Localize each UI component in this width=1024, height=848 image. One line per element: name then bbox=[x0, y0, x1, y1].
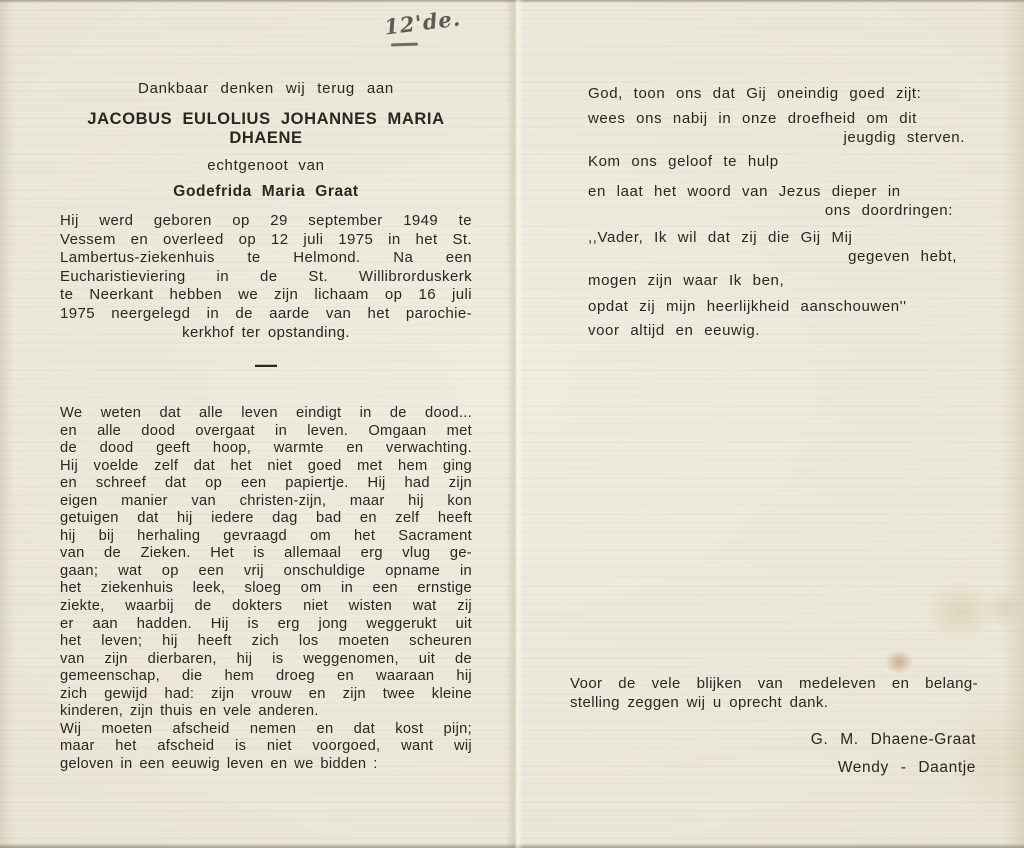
signature-block: G. M. Dhaene-Graat Wendy - Daantje bbox=[588, 726, 980, 782]
memorial-line: maar het afscheid is niet voorgoed, want… bbox=[60, 738, 472, 756]
prayer-text: God, toon ons dat Gij oneindig goed zijt… bbox=[588, 84, 980, 340]
memorial-line: en schreef dat op een papiertje. Hij had… bbox=[60, 475, 472, 493]
deceased-name-line1: JACOBUS EULOLIUS JOHANNES MARIA bbox=[60, 110, 472, 129]
signature-family: G. M. Dhaene-Graat bbox=[588, 726, 976, 754]
prayer-line: jeugdig sterven. bbox=[588, 128, 980, 147]
prayer-line: ons doordringen: bbox=[588, 201, 980, 220]
memorial-line: getuigen dat hij iedere dag bad en zelf … bbox=[60, 510, 472, 528]
prayer-line: gegeven hebt, bbox=[588, 247, 980, 266]
prayer-line: opdat zij mijn heerlijkheid aanschouwen'… bbox=[588, 297, 980, 316]
deceased-name-line2: DHAENE bbox=[60, 129, 472, 148]
scan-edge-left bbox=[0, 0, 14, 848]
memorial-line: van de Zieken. Het is allemaal erg vlug … bbox=[60, 545, 472, 563]
prayer-line: wees ons nabij in onze droefheid om dit bbox=[588, 109, 980, 128]
biography-line: Vessem en overleed op 12 juli 1975 in he… bbox=[60, 231, 472, 250]
memorial-line: kinderen, zijn thuis en vele anderen. bbox=[60, 703, 472, 721]
memorial-paragraph: We weten dat alle leven eindigt in de do… bbox=[60, 405, 472, 773]
biography-line: Hij werd geboren op 29 september 1949 te bbox=[60, 212, 472, 231]
thanks-line: stelling zeggen wij u oprecht dank. bbox=[570, 693, 978, 712]
right-page: God, toon ons dat Gij oneindig goed zijt… bbox=[588, 0, 980, 848]
biography-paragraph: Hij werd geboren op 29 september 1949 te… bbox=[60, 212, 472, 342]
prayer-line: voor altijd en eeuwig. bbox=[588, 321, 980, 340]
thanks-line: Voor de vele blijken van medeleven en be… bbox=[570, 674, 978, 693]
memorial-line: Wij moeten afscheid nemen en dat kost pi… bbox=[60, 721, 472, 739]
signature-children: Wendy - Daantje bbox=[588, 754, 976, 782]
biography-line: 1975 neergelegd in de aarde van het paro… bbox=[60, 305, 472, 324]
memorial-line: en alle dood overgaat in leven. Omgaan m… bbox=[60, 423, 472, 441]
spouse-name: Godefrida Maria Graat bbox=[60, 183, 472, 201]
memorial-line: ziekte, waarbij de dokters niet wisten w… bbox=[60, 598, 472, 616]
biography-line: kerkhof ter opstanding. bbox=[60, 324, 472, 343]
deceased-name: JACOBUS EULOLIUS JOHANNES MARIA DHAENE bbox=[60, 110, 472, 148]
section-divider-dash: — bbox=[60, 352, 472, 378]
prayer-line: Kom ons geloof te hulp bbox=[588, 152, 980, 171]
memorial-line: van zijn dierbaren, hij is weggenomen, u… bbox=[60, 651, 472, 669]
prayer-line: ,,Vader, Ik wil dat zij die Gij Mij bbox=[588, 228, 980, 247]
prayer-line: God, toon ons dat Gij oneindig goed zijt… bbox=[588, 84, 980, 103]
thanks-paragraph: Voor de vele blijken van medeleven en be… bbox=[570, 674, 978, 712]
memorial-line: geloven in een eeuwig leven en we bidden… bbox=[60, 756, 472, 774]
memorial-line: Hij voelde zelf dat het niet goed met he… bbox=[60, 458, 472, 476]
prayer-line: mogen zijn waar Ik ben, bbox=[588, 271, 980, 290]
memorial-line: We weten dat alle leven eindigt in de do… bbox=[60, 405, 472, 423]
memorial-line: gemeenschap, die hem droeg en waaraan hi… bbox=[60, 668, 472, 686]
intro-line: Dankbaar denken wij terug aan bbox=[60, 80, 472, 97]
memorial-line: er aan hadden. Hij is erg jong weggerukt… bbox=[60, 616, 472, 634]
memorial-line: gaan; wat op een vrij onschuldige opname… bbox=[60, 563, 472, 581]
biography-line: Eucharistieviering in de St. Willibrordu… bbox=[60, 268, 472, 287]
relation-line: echtgenoot van bbox=[60, 157, 472, 174]
biography-line: Lambertus-ziekenhuis te Helmond. Na een bbox=[60, 249, 472, 268]
center-fold-crease bbox=[506, 0, 524, 848]
memorial-line: het ziekenhuis leek, sloeg om in een ern… bbox=[60, 580, 472, 598]
memorial-line: zich gewijd had: zijn vrouw en zijn twee… bbox=[60, 686, 472, 704]
prayer-line: en laat het woord van Jezus dieper in bbox=[588, 182, 980, 201]
memorial-line: het leven; hij heeft zich los moeten sch… bbox=[60, 633, 472, 651]
memorial-card-scan: { "annotation": { "text": "12'de." }, "c… bbox=[0, 0, 1024, 848]
left-page: Dankbaar denken wij terug aan JACOBUS EU… bbox=[60, 0, 472, 848]
biography-line: te Neerkant hebben we zijn lichaam op 16… bbox=[60, 286, 472, 305]
scan-edge-right bbox=[1002, 0, 1024, 848]
memorial-line: de dood geeft hoop, warmte en verwachtin… bbox=[60, 440, 472, 458]
memorial-line: eigen manier van christen-zijn, maar hij… bbox=[60, 493, 472, 511]
memorial-line: hij bij herhaling gevraagd om het Sacram… bbox=[60, 528, 472, 546]
